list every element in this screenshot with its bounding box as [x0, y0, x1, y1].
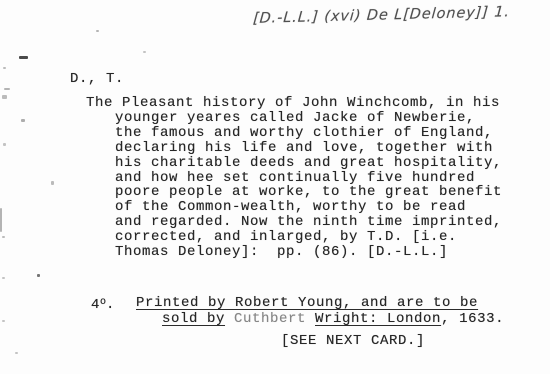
scan-speck — [2, 95, 7, 99]
scan-speck — [15, 352, 18, 354]
title-line: the famous and worthy clothier of Englan… — [115, 126, 502, 141]
imprint-line: Printed by Robert Young, and are to be — [136, 296, 478, 311]
scan-speck — [21, 119, 25, 122]
title-line: The Pleasant history of John Winchcomb, … — [86, 96, 502, 111]
imprint-segment: sold by — [162, 311, 225, 327]
title-line: of the Common-wealth, worthy to be read — [115, 200, 502, 215]
format-punctuation: . — [106, 297, 115, 313]
scan-speck — [3, 143, 6, 146]
title-line: corrected, and inlarged, by T.D. [i.e. — [115, 230, 502, 245]
handwritten-shelfmark-annotation: [D.-L.L.] (xvi) De L[Deloney]] 1. — [252, 3, 550, 27]
catalog-card: [D.-L.L.] (xvi) De L[Deloney]] 1. D., T.… — [0, 0, 550, 374]
scan-speck — [96, 30, 99, 32]
scan-speck — [51, 181, 54, 185]
title-line: declaring his life and love, together wi… — [115, 141, 502, 156]
format-number: 4 — [91, 297, 100, 313]
scan-speck — [2, 236, 5, 238]
author-heading: D., T. — [70, 72, 124, 87]
title-line: his charitable deeds and great hospitali… — [115, 156, 502, 171]
imprint-segment: Wright: London — [315, 311, 441, 327]
title-paragraph: The Pleasant history of John Winchcomb, … — [86, 96, 502, 260]
scan-speck — [2, 277, 5, 279]
title-line: younger yeares called Jacke of Newberie, — [115, 111, 502, 126]
scan-speck — [37, 274, 40, 277]
imprint-segment: Cuthbert — [225, 311, 315, 327]
scan-dash-mark — [19, 56, 28, 59]
scan-speck — [143, 51, 146, 53]
title-line: Thomas Deloney]: pp. (86). [D.-L.L.] — [115, 245, 502, 260]
scan-speck — [2, 320, 5, 322]
scan-edge-streak — [0, 208, 2, 232]
title-line: and regarded. Now the ninth time imprint… — [115, 215, 502, 230]
see-next-card-note: [SEE NEXT CARD.] — [281, 334, 425, 349]
imprint-text-underlined: Printed by Robert Young, and are to be — [136, 295, 478, 311]
imprint-line: sold by Cuthbert Wright: London, 1633. — [162, 312, 504, 327]
format-statement: 4o. — [91, 296, 115, 313]
scan-speck — [3, 67, 6, 69]
imprint-segment: , 1633. — [441, 311, 504, 327]
scan-speck — [4, 88, 10, 90]
